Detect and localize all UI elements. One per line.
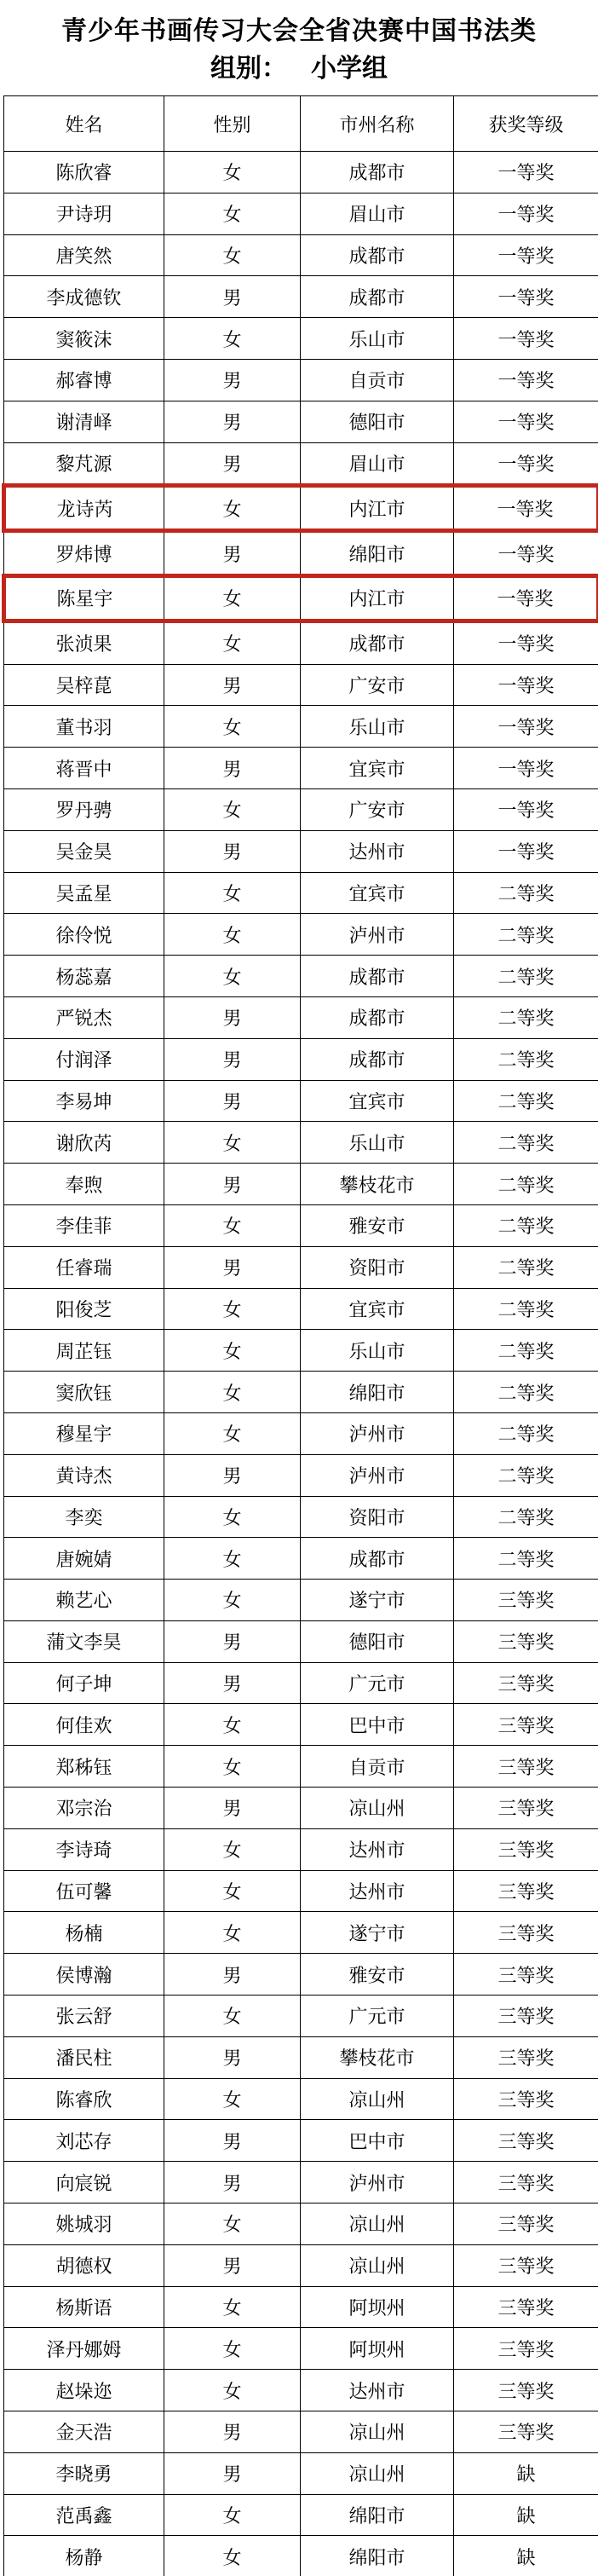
table-row: 窦筱沫 女 乐山市 一等奖 — [4, 318, 598, 360]
cell-name: 金天浩 — [4, 2411, 164, 2453]
table-row: 李诗琦 女 达州市 三等奖 — [4, 1828, 598, 1870]
cell-name: 奉煦 — [4, 1164, 164, 1205]
cell-city: 绵阳市 — [301, 1372, 454, 1413]
cell-name: 谢清峄 — [4, 401, 164, 442]
cell-award: 二等奖 — [454, 1372, 598, 1413]
cell-name: 付润泽 — [4, 1038, 164, 1080]
cell-name: 徐伶悦 — [4, 914, 164, 956]
cell-name: 阳俊芝 — [4, 1288, 164, 1330]
table-row: 窦欣钰 女 绵阳市 二等奖 — [4, 1372, 598, 1413]
cell-name: 李诗琦 — [4, 1828, 164, 1870]
cell-gender: 男 — [164, 664, 301, 706]
cell-award: 三等奖 — [454, 2078, 598, 2120]
cell-city: 凉山州 — [301, 2203, 454, 2245]
cell-name: 胡德权 — [4, 2244, 164, 2286]
cell-name: 李佳菲 — [4, 1204, 164, 1246]
table-row: 严锐杰 男 成都市 二等奖 — [4, 996, 598, 1038]
cell-award: 三等奖 — [454, 2411, 598, 2453]
cell-award: 三等奖 — [454, 1954, 598, 1996]
document-page: 青少年书画传习大会全省决赛中国书法类 组别：小学组 姓名 性别 市州名称 获奖等… — [0, 0, 598, 2576]
cell-name: 郑秭钰 — [4, 1746, 164, 1788]
table-row: 蒲文李昊 男 德阳市 三等奖 — [4, 1620, 598, 1662]
column-header-gender: 性别 — [164, 96, 301, 152]
cell-gender: 女 — [164, 1580, 301, 1621]
table-row: 陈星宇 女 内江市 一等奖 — [4, 575, 598, 621]
table-row: 郝睿博 男 自贡市 一等奖 — [4, 359, 598, 401]
cell-city: 资阳市 — [301, 1496, 454, 1538]
cell-award: 二等奖 — [454, 1122, 598, 1164]
cell-gender: 女 — [164, 706, 301, 748]
cell-gender: 女 — [164, 193, 301, 234]
cell-city: 巴中市 — [301, 1704, 454, 1746]
cell-gender: 男 — [164, 2244, 301, 2286]
cell-city: 成都市 — [301, 996, 454, 1038]
table-row: 李易坤 男 宜宾市 二等奖 — [4, 1080, 598, 1122]
table-row: 范禹鑫 女 绵阳市 缺 — [4, 2494, 598, 2536]
cell-name: 伍可馨 — [4, 1870, 164, 1912]
cell-gender: 男 — [164, 2452, 301, 2494]
table-row: 谢欣芮 女 乐山市 二等奖 — [4, 1122, 598, 1164]
table-row: 伍可馨 女 达州市 三等奖 — [4, 1870, 598, 1912]
cell-name: 李易坤 — [4, 1080, 164, 1122]
cell-award: 三等奖 — [454, 1704, 598, 1746]
cell-award: 三等奖 — [454, 1870, 598, 1912]
column-header-city: 市州名称 — [301, 96, 454, 152]
cell-name: 范禹鑫 — [4, 2494, 164, 2536]
cell-city: 宜宾市 — [301, 872, 454, 914]
cell-city: 达州市 — [301, 1828, 454, 1870]
cell-name: 陈欣睿 — [4, 152, 164, 193]
table-row: 泽丹娜姆 女 阿坝州 三等奖 — [4, 2328, 598, 2370]
table-row: 谢清峄 男 德阳市 一等奖 — [4, 401, 598, 442]
cell-award: 三等奖 — [454, 2244, 598, 2286]
table-row: 尹诗玥 女 眉山市 一等奖 — [4, 193, 598, 234]
cell-gender: 男 — [164, 996, 301, 1038]
cell-gender: 男 — [164, 1164, 301, 1205]
cell-gender: 男 — [164, 401, 301, 442]
cell-city: 泸州市 — [301, 1412, 454, 1454]
cell-name: 何子坤 — [4, 1662, 164, 1704]
cell-award: 二等奖 — [454, 1080, 598, 1122]
table-row: 吴孟星 女 宜宾市 二等奖 — [4, 872, 598, 914]
cell-city: 遂宁市 — [301, 1912, 454, 1954]
cell-award: 三等奖 — [454, 2370, 598, 2411]
cell-gender: 女 — [164, 1704, 301, 1746]
cell-award: 缺 — [454, 2494, 598, 2536]
cell-name: 任睿瑞 — [4, 1246, 164, 1288]
table-row: 姚城羽 女 凉山州 三等奖 — [4, 2203, 598, 2245]
cell-award: 一等奖 — [454, 748, 598, 789]
cell-gender: 男 — [164, 359, 301, 401]
cell-city: 广元市 — [301, 1996, 454, 2037]
cell-gender: 女 — [164, 621, 301, 664]
cell-city: 凉山州 — [301, 2452, 454, 2494]
cell-gender: 女 — [164, 318, 301, 360]
table-row: 唐笑然 女 成都市 一等奖 — [4, 234, 598, 276]
cell-name: 蒋晋中 — [4, 748, 164, 789]
table-row: 付润泽 男 成都市 二等奖 — [4, 1038, 598, 1080]
cell-name: 邓宗治 — [4, 1788, 164, 1829]
column-header-award: 获奖等级 — [454, 96, 598, 152]
table-row: 陈睿欣 女 凉山州 三等奖 — [4, 2078, 598, 2120]
cell-name: 蒲文李昊 — [4, 1620, 164, 1662]
cell-award: 三等奖 — [454, 1620, 598, 1662]
cell-city: 乐山市 — [301, 1330, 454, 1372]
cell-city: 达州市 — [301, 830, 454, 872]
cell-city: 攀枝花市 — [301, 1164, 454, 1205]
cell-city: 宜宾市 — [301, 748, 454, 789]
cell-name: 李晓勇 — [4, 2452, 164, 2494]
cell-gender: 男 — [164, 2411, 301, 2453]
cell-gender: 男 — [164, 442, 301, 486]
cell-gender: 女 — [164, 1204, 301, 1246]
cell-gender: 男 — [164, 1788, 301, 1829]
column-header-name: 姓名 — [4, 96, 164, 152]
cell-award: 一等奖 — [454, 575, 598, 621]
table-row: 奉煦 男 攀枝花市 二等奖 — [4, 1164, 598, 1205]
table-row: 杨蕊嘉 女 成都市 二等奖 — [4, 956, 598, 997]
cell-city: 泸州市 — [301, 2162, 454, 2203]
table-row: 郑秭钰 女 自贡市 三等奖 — [4, 1746, 598, 1788]
cell-city: 绵阳市 — [301, 531, 454, 576]
cell-city: 成都市 — [301, 152, 454, 193]
cell-gender: 男 — [164, 1662, 301, 1704]
table-row: 杨静 女 绵阳市 缺 — [4, 2536, 598, 2576]
table-row: 陈欣睿 女 成都市 一等奖 — [4, 152, 598, 193]
table-row: 何佳欢 女 巴中市 三等奖 — [4, 1704, 598, 1746]
cell-gender: 女 — [164, 1912, 301, 1954]
cell-gender: 女 — [164, 575, 301, 621]
table-row: 何子坤 男 广元市 三等奖 — [4, 1662, 598, 1704]
cell-city: 成都市 — [301, 1538, 454, 1580]
cell-gender: 女 — [164, 1496, 301, 1538]
cell-city: 德阳市 — [301, 1620, 454, 1662]
cell-gender: 女 — [164, 2370, 301, 2411]
table-row: 向宸锐 男 泸州市 三等奖 — [4, 2162, 598, 2203]
cell-name: 潘民柱 — [4, 2036, 164, 2078]
cell-name: 唐笑然 — [4, 234, 164, 276]
cell-award: 二等奖 — [454, 1496, 598, 1538]
cell-city: 绵阳市 — [301, 2494, 454, 2536]
cell-city: 达州市 — [301, 1870, 454, 1912]
cell-name: 郝睿博 — [4, 359, 164, 401]
cell-award: 一等奖 — [454, 359, 598, 401]
cell-gender: 女 — [164, 2078, 301, 2120]
table-body: 陈欣睿 女 成都市 一等奖 尹诗玥 女 眉山市 一等奖 唐笑然 女 成都市 一等… — [4, 152, 598, 2576]
cell-gender: 女 — [164, 1746, 301, 1788]
table-row: 吴梓菎 男 广安市 一等奖 — [4, 664, 598, 706]
cell-city: 绵阳市 — [301, 2536, 454, 2576]
table-row: 穆星宇 女 泸州市 二等奖 — [4, 1412, 598, 1454]
cell-gender: 女 — [164, 1996, 301, 2037]
cell-city: 泸州市 — [301, 914, 454, 956]
cell-city: 遂宁市 — [301, 1580, 454, 1621]
cell-name: 李成德钦 — [4, 276, 164, 318]
cell-city: 乐山市 — [301, 706, 454, 748]
table-row: 吴金昊 男 达州市 一等奖 — [4, 830, 598, 872]
cell-gender: 女 — [164, 1828, 301, 1870]
group-line: 组别：小学组 — [0, 53, 598, 85]
cell-award: 缺 — [454, 2452, 598, 2494]
cell-gender: 女 — [164, 872, 301, 914]
table-row: 邓宗治 男 凉山州 三等奖 — [4, 1788, 598, 1829]
group-value: 小学组 — [311, 55, 388, 83]
cell-award: 一等奖 — [454, 276, 598, 318]
table-row: 周芷钰 女 乐山市 二等奖 — [4, 1330, 598, 1372]
cell-award: 三等奖 — [454, 1580, 598, 1621]
cell-gender: 男 — [164, 1246, 301, 1288]
cell-award: 三等奖 — [454, 2286, 598, 2328]
cell-award: 二等奖 — [454, 996, 598, 1038]
cell-gender: 男 — [164, 276, 301, 318]
document-title-block: 青少年书画传习大会全省决赛中国书法类 组别：小学组 — [0, 0, 598, 84]
cell-city: 乐山市 — [301, 318, 454, 360]
table-row: 罗丹骋 女 广安市 一等奖 — [4, 788, 598, 830]
cell-city: 成都市 — [301, 621, 454, 664]
cell-award: 一等奖 — [454, 401, 598, 442]
cell-gender: 男 — [164, 2120, 301, 2162]
cell-name: 何佳欢 — [4, 1704, 164, 1746]
cell-name: 杨蕊嘉 — [4, 956, 164, 997]
cell-city: 凉山州 — [301, 2078, 454, 2120]
cell-award: 二等奖 — [454, 914, 598, 956]
cell-award: 一等奖 — [454, 664, 598, 706]
cell-gender: 男 — [164, 1954, 301, 1996]
cell-city: 广元市 — [301, 1662, 454, 1704]
table-header: 姓名 性别 市州名称 获奖等级 — [4, 96, 598, 152]
cell-name: 黄诗杰 — [4, 1454, 164, 1496]
cell-name: 杨斯语 — [4, 2286, 164, 2328]
cell-award: 二等奖 — [454, 1038, 598, 1080]
cell-city: 广安市 — [301, 664, 454, 706]
table-row: 蒋晋中 男 宜宾市 一等奖 — [4, 748, 598, 789]
cell-name: 赖艺心 — [4, 1580, 164, 1621]
cell-award: 二等奖 — [454, 956, 598, 997]
table-row: 张浈果 女 成都市 一等奖 — [4, 621, 598, 664]
table-row: 李奕 女 资阳市 二等奖 — [4, 1496, 598, 1538]
table-row: 李晓勇 男 凉山州 缺 — [4, 2452, 598, 2494]
cell-city: 内江市 — [301, 486, 454, 531]
cell-award: 三等奖 — [454, 1788, 598, 1829]
cell-name: 李奕 — [4, 1496, 164, 1538]
table-row: 罗炜博 男 绵阳市 一等奖 — [4, 531, 598, 576]
table-row: 潘民柱 男 攀枝花市 三等奖 — [4, 2036, 598, 2078]
cell-award: 一等奖 — [454, 152, 598, 193]
cell-award: 三等奖 — [454, 1746, 598, 1788]
cell-gender: 男 — [164, 1620, 301, 1662]
cell-city: 巴中市 — [301, 2120, 454, 2162]
cell-name: 侯博瀚 — [4, 1954, 164, 1996]
cell-city: 成都市 — [301, 1038, 454, 1080]
cell-gender: 女 — [164, 1870, 301, 1912]
table-row: 赵垛迩 女 达州市 三等奖 — [4, 2370, 598, 2411]
cell-gender: 女 — [164, 914, 301, 956]
table-row: 阳俊芝 女 宜宾市 二等奖 — [4, 1288, 598, 1330]
cell-city: 攀枝花市 — [301, 2036, 454, 2078]
table-row: 侯博瀚 男 雅安市 三等奖 — [4, 1954, 598, 1996]
cell-city: 宜宾市 — [301, 1080, 454, 1122]
cell-name: 吴金昊 — [4, 830, 164, 872]
cell-city: 德阳市 — [301, 401, 454, 442]
cell-name: 董书羽 — [4, 706, 164, 748]
table-row: 任睿瑞 男 资阳市 二等奖 — [4, 1246, 598, 1288]
cell-gender: 女 — [164, 486, 301, 531]
table-row: 李成德钦 男 成都市 一等奖 — [4, 276, 598, 318]
table-row: 龙诗芮 女 内江市 一等奖 — [4, 486, 598, 531]
cell-city: 阿坝州 — [301, 2328, 454, 2370]
cell-gender: 女 — [164, 2286, 301, 2328]
cell-award: 二等奖 — [454, 1412, 598, 1454]
cell-gender: 女 — [164, 1122, 301, 1164]
cell-award: 三等奖 — [454, 1662, 598, 1704]
cell-city: 凉山州 — [301, 2244, 454, 2286]
cell-name: 杨楠 — [4, 1912, 164, 1954]
cell-award: 一等奖 — [454, 531, 598, 576]
cell-name: 周芷钰 — [4, 1330, 164, 1372]
cell-city: 自贡市 — [301, 1746, 454, 1788]
cell-award: 三等奖 — [454, 2036, 598, 2078]
cell-name: 窦欣钰 — [4, 1372, 164, 1413]
cell-name: 尹诗玥 — [4, 193, 164, 234]
cell-award: 三等奖 — [454, 2328, 598, 2370]
cell-name: 黎芃源 — [4, 442, 164, 486]
cell-award: 一等奖 — [454, 706, 598, 748]
cell-name: 陈星宇 — [4, 575, 164, 621]
table-row: 张云舒 女 广元市 三等奖 — [4, 1996, 598, 2037]
cell-award: 一等奖 — [454, 193, 598, 234]
cell-name: 唐婉婧 — [4, 1538, 164, 1580]
cell-award: 三等奖 — [454, 1996, 598, 2037]
table-row: 李佳菲 女 雅安市 二等奖 — [4, 1204, 598, 1246]
cell-gender: 女 — [164, 2494, 301, 2536]
cell-gender: 女 — [164, 1372, 301, 1413]
cell-city: 内江市 — [301, 575, 454, 621]
cell-gender: 男 — [164, 1080, 301, 1122]
cell-gender: 男 — [164, 531, 301, 576]
cell-award: 二等奖 — [454, 1288, 598, 1330]
cell-city: 宜宾市 — [301, 1288, 454, 1330]
cell-city: 凉山州 — [301, 2411, 454, 2453]
cell-award: 二等奖 — [454, 1330, 598, 1372]
cell-name: 赵垛迩 — [4, 2370, 164, 2411]
cell-name: 杨静 — [4, 2536, 164, 2576]
table-row: 刘芯存 男 巴中市 三等奖 — [4, 2120, 598, 2162]
cell-city: 雅安市 — [301, 1204, 454, 1246]
table-row: 董书羽 女 乐山市 一等奖 — [4, 706, 598, 748]
table-row: 杨斯语 女 阿坝州 三等奖 — [4, 2286, 598, 2328]
cell-award: 二等奖 — [454, 1538, 598, 1580]
cell-name: 谢欣芮 — [4, 1122, 164, 1164]
cell-award: 缺 — [454, 2536, 598, 2576]
cell-city: 自贡市 — [301, 359, 454, 401]
cell-award: 一等奖 — [454, 442, 598, 486]
cell-city: 广安市 — [301, 788, 454, 830]
cell-award: 一等奖 — [454, 621, 598, 664]
cell-name: 吴孟星 — [4, 872, 164, 914]
cell-city: 乐山市 — [301, 1122, 454, 1164]
table-row: 杨楠 女 遂宁市 三等奖 — [4, 1912, 598, 1954]
cell-award: 三等奖 — [454, 2203, 598, 2245]
table-row: 黎芃源 男 眉山市 一等奖 — [4, 442, 598, 486]
cell-award: 二等奖 — [454, 1164, 598, 1205]
cell-name: 泽丹娜姆 — [4, 2328, 164, 2370]
cell-award: 三等奖 — [454, 2120, 598, 2162]
cell-name: 张浈果 — [4, 621, 164, 664]
cell-name: 严锐杰 — [4, 996, 164, 1038]
table-row: 唐婉婧 女 成都市 二等奖 — [4, 1538, 598, 1580]
cell-gender: 女 — [164, 1288, 301, 1330]
cell-gender: 男 — [164, 2036, 301, 2078]
cell-award: 三等奖 — [454, 1912, 598, 1954]
cell-gender: 女 — [164, 1412, 301, 1454]
cell-city: 凉山州 — [301, 1788, 454, 1829]
cell-gender: 女 — [164, 1330, 301, 1372]
cell-gender: 女 — [164, 2203, 301, 2245]
cell-name: 向宸锐 — [4, 2162, 164, 2203]
awards-table: 姓名 性别 市州名称 获奖等级 陈欣睿 女 成都市 一等奖 尹诗玥 女 眉山市 … — [2, 95, 598, 2576]
cell-city: 成都市 — [301, 276, 454, 318]
table-row: 胡德权 男 凉山州 三等奖 — [4, 2244, 598, 2286]
cell-city: 成都市 — [301, 234, 454, 276]
cell-gender: 男 — [164, 1454, 301, 1496]
cell-award: 一等奖 — [454, 318, 598, 360]
cell-name: 窦筱沫 — [4, 318, 164, 360]
table-row: 赖艺心 女 遂宁市 三等奖 — [4, 1580, 598, 1621]
group-label: 组别： — [210, 55, 287, 83]
cell-name: 张云舒 — [4, 1996, 164, 2037]
cell-gender: 女 — [164, 152, 301, 193]
cell-award: 二等奖 — [454, 1246, 598, 1288]
cell-city: 资阳市 — [301, 1246, 454, 1288]
cell-award: 一等奖 — [454, 486, 598, 531]
cell-name: 罗炜博 — [4, 531, 164, 576]
cell-city: 雅安市 — [301, 1954, 454, 1996]
cell-gender: 女 — [164, 234, 301, 276]
cell-award: 一等奖 — [454, 830, 598, 872]
table-row: 黄诗杰 男 泸州市 二等奖 — [4, 1454, 598, 1496]
cell-name: 姚城羽 — [4, 2203, 164, 2245]
cell-name: 刘芯存 — [4, 2120, 164, 2162]
cell-award: 一等奖 — [454, 234, 598, 276]
cell-award: 三等奖 — [454, 1828, 598, 1870]
cell-gender: 女 — [164, 1538, 301, 1580]
cell-gender: 女 — [164, 788, 301, 830]
table-row: 金天浩 男 凉山州 三等奖 — [4, 2411, 598, 2453]
cell-award: 一等奖 — [454, 788, 598, 830]
cell-gender: 女 — [164, 956, 301, 997]
cell-award: 三等奖 — [454, 2162, 598, 2203]
cell-gender: 男 — [164, 830, 301, 872]
cell-award: 二等奖 — [454, 872, 598, 914]
cell-city: 达州市 — [301, 2370, 454, 2411]
table-row: 徐伶悦 女 泸州市 二等奖 — [4, 914, 598, 956]
header-row: 姓名 性别 市州名称 获奖等级 — [4, 96, 598, 152]
cell-award: 二等奖 — [454, 1204, 598, 1246]
cell-name: 龙诗芮 — [4, 486, 164, 531]
cell-gender: 女 — [164, 2536, 301, 2576]
cell-award: 二等奖 — [454, 1454, 598, 1496]
cell-city: 成都市 — [301, 956, 454, 997]
page-title: 青少年书画传习大会全省决赛中国书法类 — [0, 0, 598, 48]
cell-city: 眉山市 — [301, 442, 454, 486]
cell-gender: 男 — [164, 2162, 301, 2203]
cell-gender: 女 — [164, 2328, 301, 2370]
cell-city: 阿坝州 — [301, 2286, 454, 2328]
cell-city: 泸州市 — [301, 1454, 454, 1496]
cell-name: 穆星宇 — [4, 1412, 164, 1454]
cell-gender: 男 — [164, 1038, 301, 1080]
cell-gender: 男 — [164, 748, 301, 789]
